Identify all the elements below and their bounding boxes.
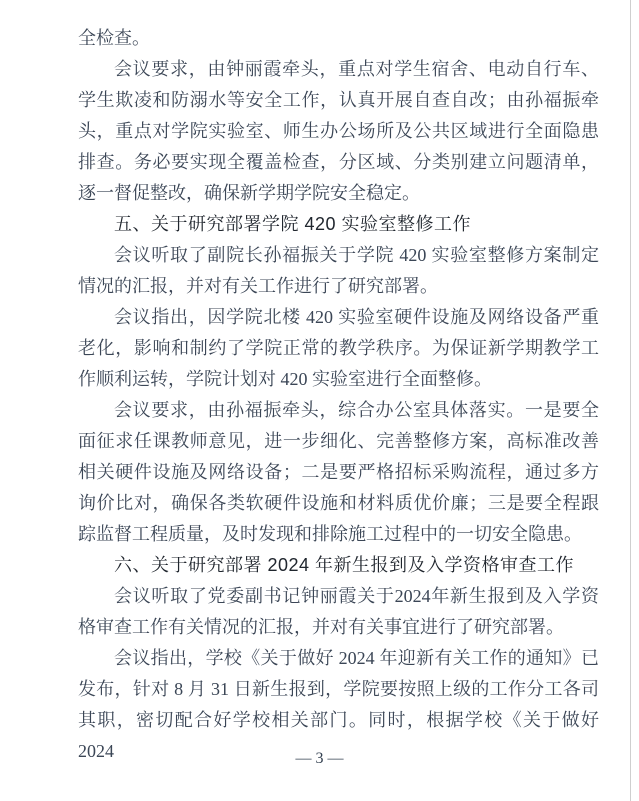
paragraph-registration-report: 会议听取了党委副书记钟丽霞关于2024年新生报到及入学资格审查工作有关情况的汇报… — [78, 581, 599, 643]
paragraph-safety-requirements: 会议要求，由钟丽霞牵头，重点对学生宿舍、电动自行车、学生欺凌和防溺水等安全工作，… — [78, 54, 599, 209]
paragraph-lab-requirements: 会议要求，由孙福振牵头，综合办公室具体落实。一是要全面征求任课教师意见，进一步细… — [78, 395, 599, 550]
paragraph-lab-reasons: 会议指出，因学院北楼 420 实验室硬件设施及网络设备严重老化，影响和制约了学院… — [78, 302, 599, 395]
scan-edge-line — [630, 0, 631, 801]
document-page: 全检查。 会议要求，由钟丽霞牵头，重点对学生宿舍、电动自行车、学生欺凌和防溺水等… — [0, 0, 639, 801]
paragraph-lab-report: 会议听取了副院长孙福振关于学院 420 实验室整修方案制定情况的汇报，并对有关工… — [78, 240, 599, 302]
heading-section-5-lab-renovation: 五、关于研究部署学院 420 实验室整修工作 — [78, 209, 599, 240]
document-body: 全检查。 会议要求，由钟丽霞牵头，重点对学生宿舍、电动自行车、学生欺凌和防溺水等… — [78, 23, 599, 767]
heading-section-6-freshman-registration: 六、关于研究部署 2024 年新生报到及入学资格审查工作 — [78, 550, 599, 581]
page-number: — 3 — — [0, 748, 639, 770]
paragraph-continuation: 全检查。 — [78, 23, 599, 54]
